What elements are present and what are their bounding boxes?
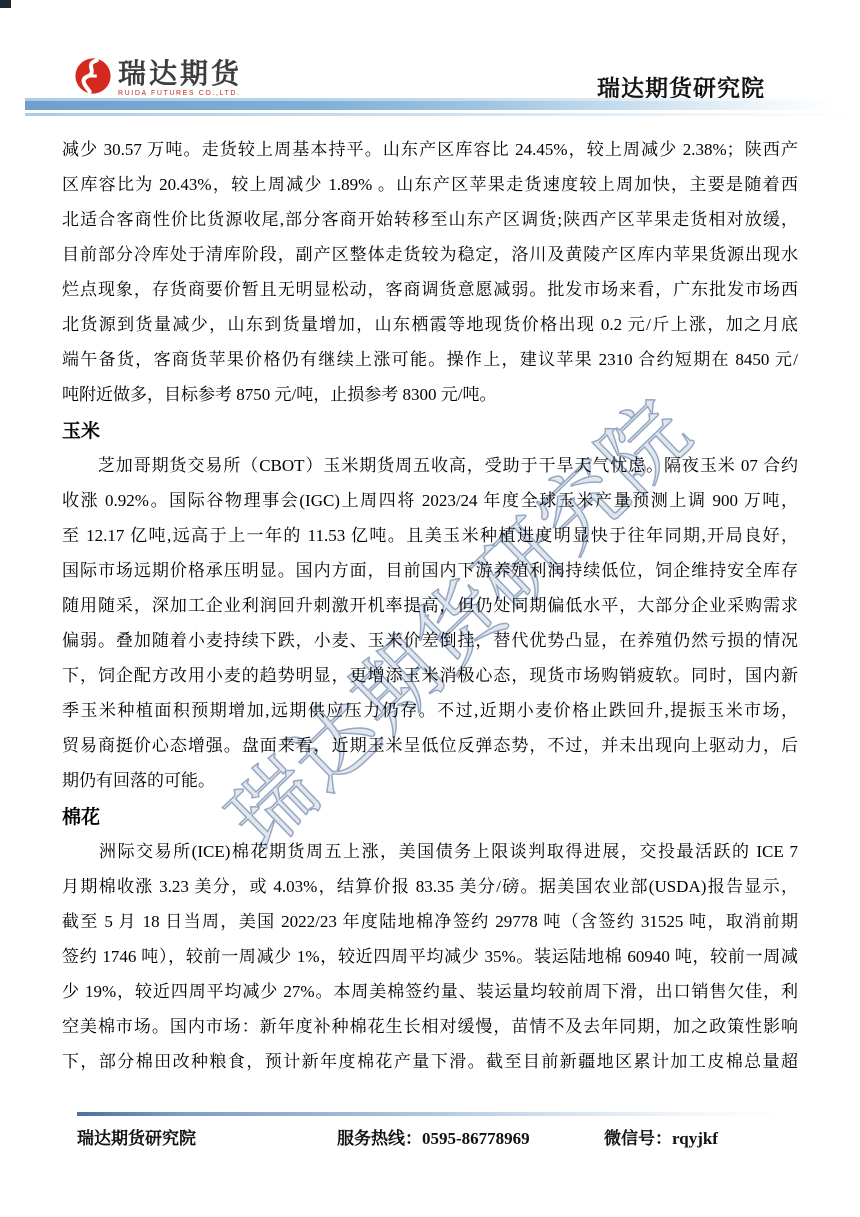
footer-org: 瑞达期货研究院: [77, 1124, 196, 1149]
footer-wechat: 微信号：rqyjkf: [604, 1124, 718, 1149]
section-paragraph: 洲际交易所(ICE)棉花期货周五上涨，美国债务上限谈判取得进展，交投最活跃的 I…: [62, 834, 798, 1079]
text-line: 随用随采，深加工企业利润回升刺激开机率提高，但仍处同期偏低水平，大部分企业采购需…: [62, 588, 798, 623]
section-paragraph: 芝加哥期货交易所（CBOT）玉米期货周五收高，受助于干旱天气忧虑。隔夜玉米 07…: [62, 448, 798, 798]
text-line: 少 19%，较近四周平均减少 27%。本周美棉签约量、装运量均较前周下滑，出口销…: [62, 974, 798, 1009]
text-line: 国际市场远期价格承压明显。国内方面，目前国内下游养殖利润持续低位，饲企维持安全库…: [62, 553, 798, 588]
section-heading: 玉米: [62, 416, 798, 448]
text-line: 下，部分棉田改种粮食，预计新年度棉花产量下滑。截至目前新疆地区累计加工皮棉总量超: [62, 1044, 798, 1079]
brand-block: 瑞达期货 RUIDA FUTURES CO.,LTD.: [118, 59, 338, 97]
text-line: 烂点现象，存货商要价暂且无明显松动，客商调货意愿减弱。批发市场来看，广东批发市场…: [62, 272, 798, 307]
text-line: 截至 5 月 18 日当周，美国 2022/23 年度陆地棉净签约 29778 …: [62, 904, 798, 939]
footer-hotline: 服务热线：0595-86778969: [337, 1124, 530, 1149]
text-line: 北适合客商性价比货源收尾,部分客商开始转移至山东产区调货;陕西产区苹果走货相对放…: [62, 202, 798, 237]
text-line: 收涨 0.92%。国际谷物理事会(IGC)上周四将 2023/24 年度全球玉米…: [62, 483, 798, 518]
intro-paragraph: 减少 30.57 万吨。走货较上周基本持平。山东产区库容比 24.45%，较上周…: [62, 132, 798, 412]
text-line: 芝加哥期货交易所（CBOT）玉米期货周五收高，受助于干旱天气忧虑。隔夜玉米 07…: [62, 448, 798, 483]
text-line: 至 12.17 亿吨,远高于上一年的 11.53 亿吨。且美玉米种植进度明显快于…: [62, 518, 798, 553]
text-line: 区库容比为 20.43%，较上周减少 1.89% 。山东产区苹果走货速度较上周加…: [62, 167, 798, 202]
text-line: 减少 30.57 万吨。走货较上周基本持平。山东产区库容比 24.45%，较上周…: [62, 132, 798, 167]
brand-subtitle: RUIDA FUTURES CO.,LTD.: [118, 90, 338, 97]
footer-divider: [77, 1112, 783, 1116]
header-divider-bar: [25, 98, 860, 110]
ruida-logo-icon: [74, 57, 112, 95]
document-page: 瑞达期货 RUIDA FUTURES CO.,LTD. 瑞达期货研究院 瑞达期货…: [0, 0, 860, 1217]
sections-container: 玉米 芝加哥期货交易所（CBOT）玉米期货周五收高，受助于干旱天气忧虑。隔夜玉米…: [62, 416, 798, 1079]
text-line: 洲际交易所(ICE)棉花期货周五上涨，美国债务上限谈判取得进展，交投最活跃的 I…: [62, 834, 798, 869]
text-line: 签约 1746 吨），较前一周减少 1%，较近四周平均减少 35%。装运陆地棉 …: [62, 939, 798, 974]
text-line: 目前部分冷库处于清库阶段，副产区整体走货较为稳定，洛川及黄陵产区库内苹果货源出现…: [62, 237, 798, 272]
text-line: 季玉米种植面积预期增加,远期供应压力仍存。不过,近期小麦价格止跌回升,提振玉米市…: [62, 693, 798, 728]
text-line: 下，饲企配方改用小麦的趋势明显，更增添玉米消极心态，现货市场购销疲软。同时，国内…: [62, 658, 798, 693]
text-line: 月期棉收涨 3.23 美分，或 4.03%，结算价报 83.35 美分/磅。据美…: [62, 869, 798, 904]
text-line: 端午备货，客商货苹果价格仍有继续上涨可能。操作上，建议苹果 2310 合约短期在…: [62, 342, 798, 377]
section-heading: 棉花: [62, 802, 798, 834]
text-line: 吨附近做多，目标参考 8750 元/吨，止损参考 8300 元/吨。: [62, 377, 798, 412]
text-line: 空美棉市场。国内市场：新年度补种棉花生长相对缓慢，苗情不及去年同期，加之政策性影…: [62, 1009, 798, 1044]
text-line: 北货源到货量减少，山东到货量增加，山东栖霞等地现货价格出现 0.2 元/斤上涨，…: [62, 307, 798, 342]
header-divider-subline: [25, 113, 860, 116]
brand-name: 瑞达期货: [118, 59, 338, 89]
document-content: 减少 30.57 万吨。走货较上周基本持平。山东产区库容比 24.45%，较上周…: [62, 132, 798, 1079]
text-line: 偏弱。叠加随着小麦持续下跌，小麦、玉米价差倒挂，替代优势凸显，在养殖仍然亏损的情…: [62, 623, 798, 658]
corner-accent: [0, 0, 11, 8]
text-line: 贸易商挺价心态增强。盘面来看，近期玉米呈低位反弹态势，不过，并未出现向上驱动力，…: [62, 728, 798, 763]
text-line: 期仍有回落的可能。: [62, 763, 798, 798]
